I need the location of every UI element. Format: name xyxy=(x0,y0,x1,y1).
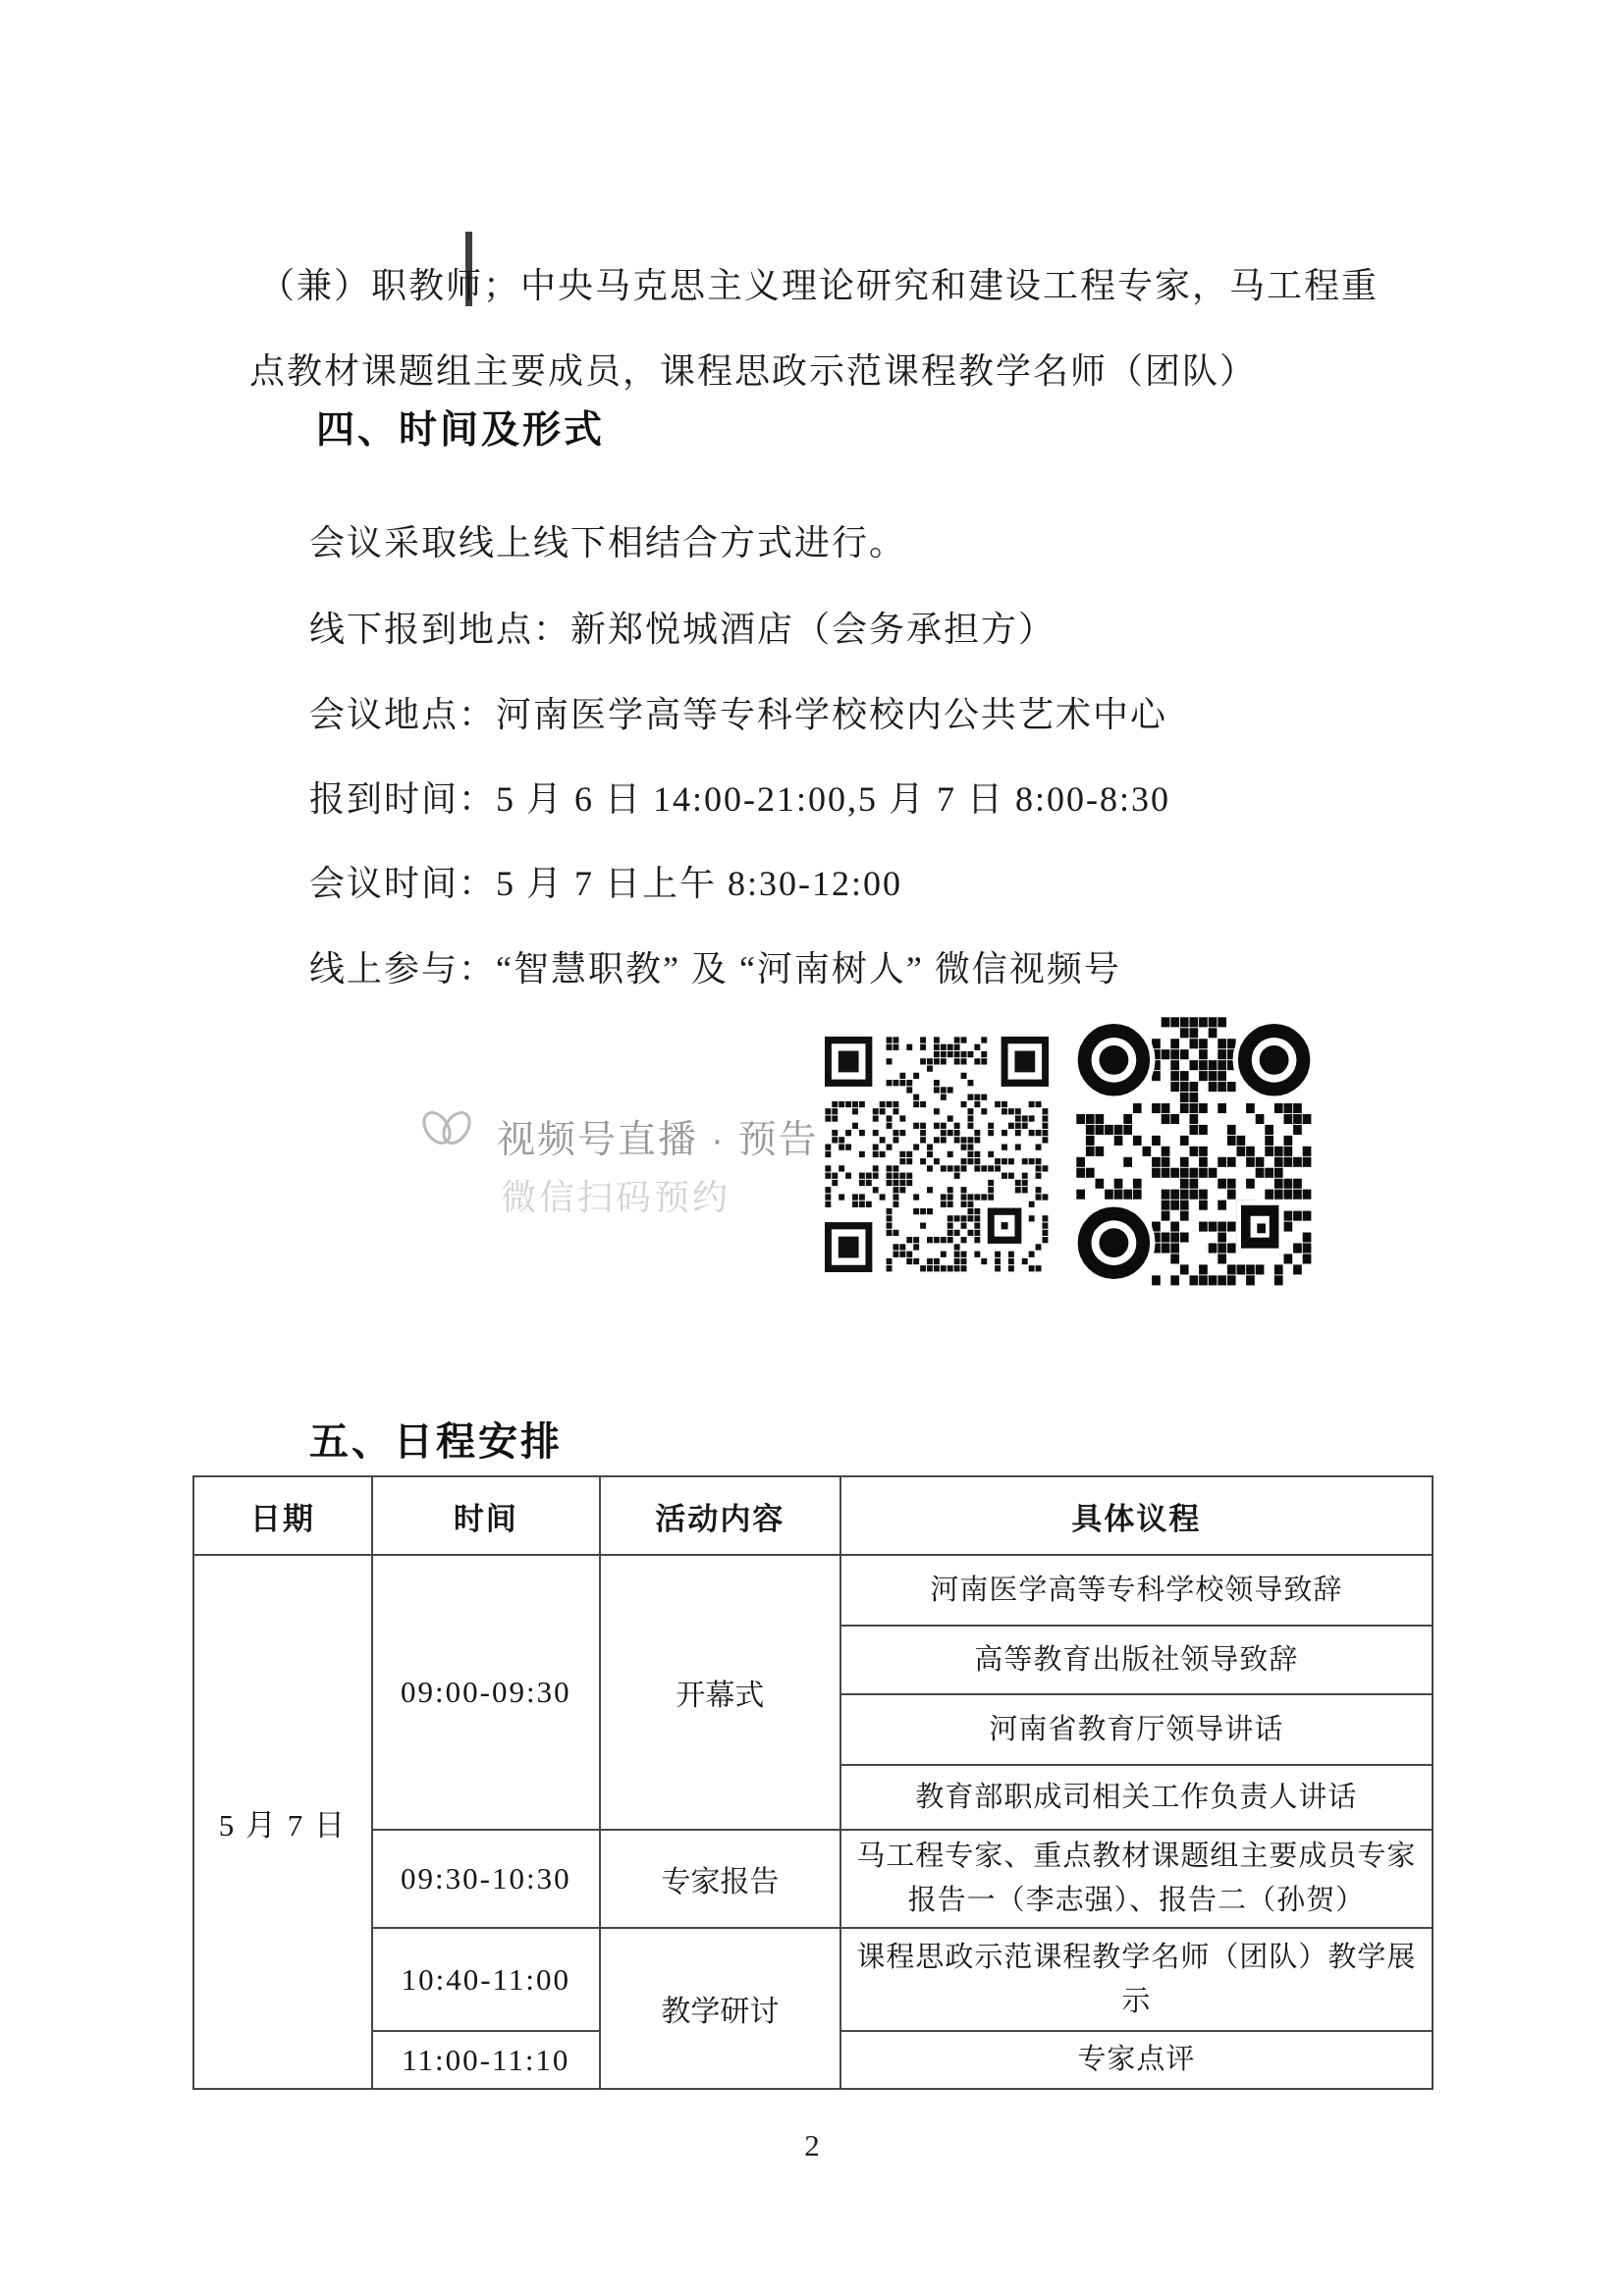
agenda-cell: 教育部职成司相关工作负责人讲话 xyxy=(840,1765,1433,1830)
agenda-cell: 河南医学高等专科学校领导致辞 xyxy=(840,1555,1433,1626)
scan-artifact xyxy=(465,232,472,306)
wechat-channels-logo-icon xyxy=(418,1099,475,1156)
online-participation-line: 线上参与：“智慧职教” 及 “河南树人” 微信视频号 xyxy=(309,948,1121,990)
agenda-cell: 课程思政示范课程教学名师（团队）教学展示 xyxy=(840,1928,1433,2031)
time-cell: 11:00-11:10 xyxy=(372,2031,600,2089)
meeting-time-line: 会议时间：5 月 7 日上午 8:30-12:00 xyxy=(309,863,902,905)
qr-code-right xyxy=(1076,1017,1312,1286)
meeting-location-line: 会议地点：河南医学高等专科学校校内公共艺术中心 xyxy=(309,694,1167,736)
activity-cell: 专家报告 xyxy=(600,1830,840,1928)
table-header-row: 日期 时间 活动内容 具体议程 xyxy=(193,1476,1433,1555)
header-activity: 活动内容 xyxy=(600,1476,840,1555)
time-cell: 10:40-11:00 xyxy=(372,1928,600,2031)
schedule-table: 日期 时间 活动内容 具体议程 5 月 7 日 09:00-09:30 开幕式 … xyxy=(192,1475,1434,2090)
meeting-format-line: 会议采取线上线下相结合方式进行。 xyxy=(309,522,906,564)
time-cell: 09:00-09:30 xyxy=(372,1555,600,1830)
agenda-cell: 专家点评 xyxy=(840,2031,1433,2089)
header-date: 日期 xyxy=(193,1476,372,1555)
activity-cell: 教学研讨 xyxy=(600,1928,840,2089)
checkin-location-line: 线下报到地点：新郑悦城酒店（会务承担方） xyxy=(309,609,1056,651)
header-time: 时间 xyxy=(372,1476,600,1555)
agenda-cell: 高等教育出版社领导致辞 xyxy=(840,1626,1433,1694)
document-page: （兼）职教师；中央马克思主义理论研究和建设工程专家，马工程重 点教材课题组主要成… xyxy=(0,0,1624,2296)
intro-line-1: （兼）职教师；中央马克思主义理论研究和建设工程专家，马工程重 xyxy=(259,265,1379,307)
live-banner-title: 视频号直播 · 预告 xyxy=(497,1109,819,1164)
activity-cell: 开幕式 xyxy=(600,1555,840,1830)
section4-heading: 四、时间及形式 xyxy=(316,400,605,454)
live-banner-subtitle: 微信扫码预约 xyxy=(501,1170,731,1220)
table-row: 5 月 7 日 09:00-09:30 开幕式 河南医学高等专科学校领导致辞 xyxy=(193,1555,1433,1626)
qr-code-left xyxy=(825,1037,1049,1272)
section5-heading: 五、日程安排 xyxy=(309,1411,563,1467)
checkin-time-line: 报到时间：5 月 6 日 14:00-21:00,5 月 7 日 8:00-8:… xyxy=(309,778,1170,821)
agenda-cell: 河南省教育厅领导讲话 xyxy=(840,1694,1433,1765)
date-cell: 5 月 7 日 xyxy=(193,1555,372,2089)
table-row: 10:40-11:00 教学研讨 课程思政示范课程教学名师（团队）教学展示 xyxy=(193,1928,1433,2031)
page-number: 2 xyxy=(0,2128,1624,2163)
table-row: 09:30-10:30 专家报告 马工程专家、重点教材课题组主要成员专家报告一（… xyxy=(193,1830,1433,1928)
agenda-cell: 马工程专家、重点教材课题组主要成员专家报告一（李志强）、报告二（孙贺） xyxy=(840,1830,1433,1928)
header-agenda: 具体议程 xyxy=(840,1476,1433,1555)
intro-line-2: 点教材课题组主要成员，课程思政示范课程教学名师（团队） xyxy=(249,350,1257,393)
time-cell: 09:30-10:30 xyxy=(372,1830,600,1928)
